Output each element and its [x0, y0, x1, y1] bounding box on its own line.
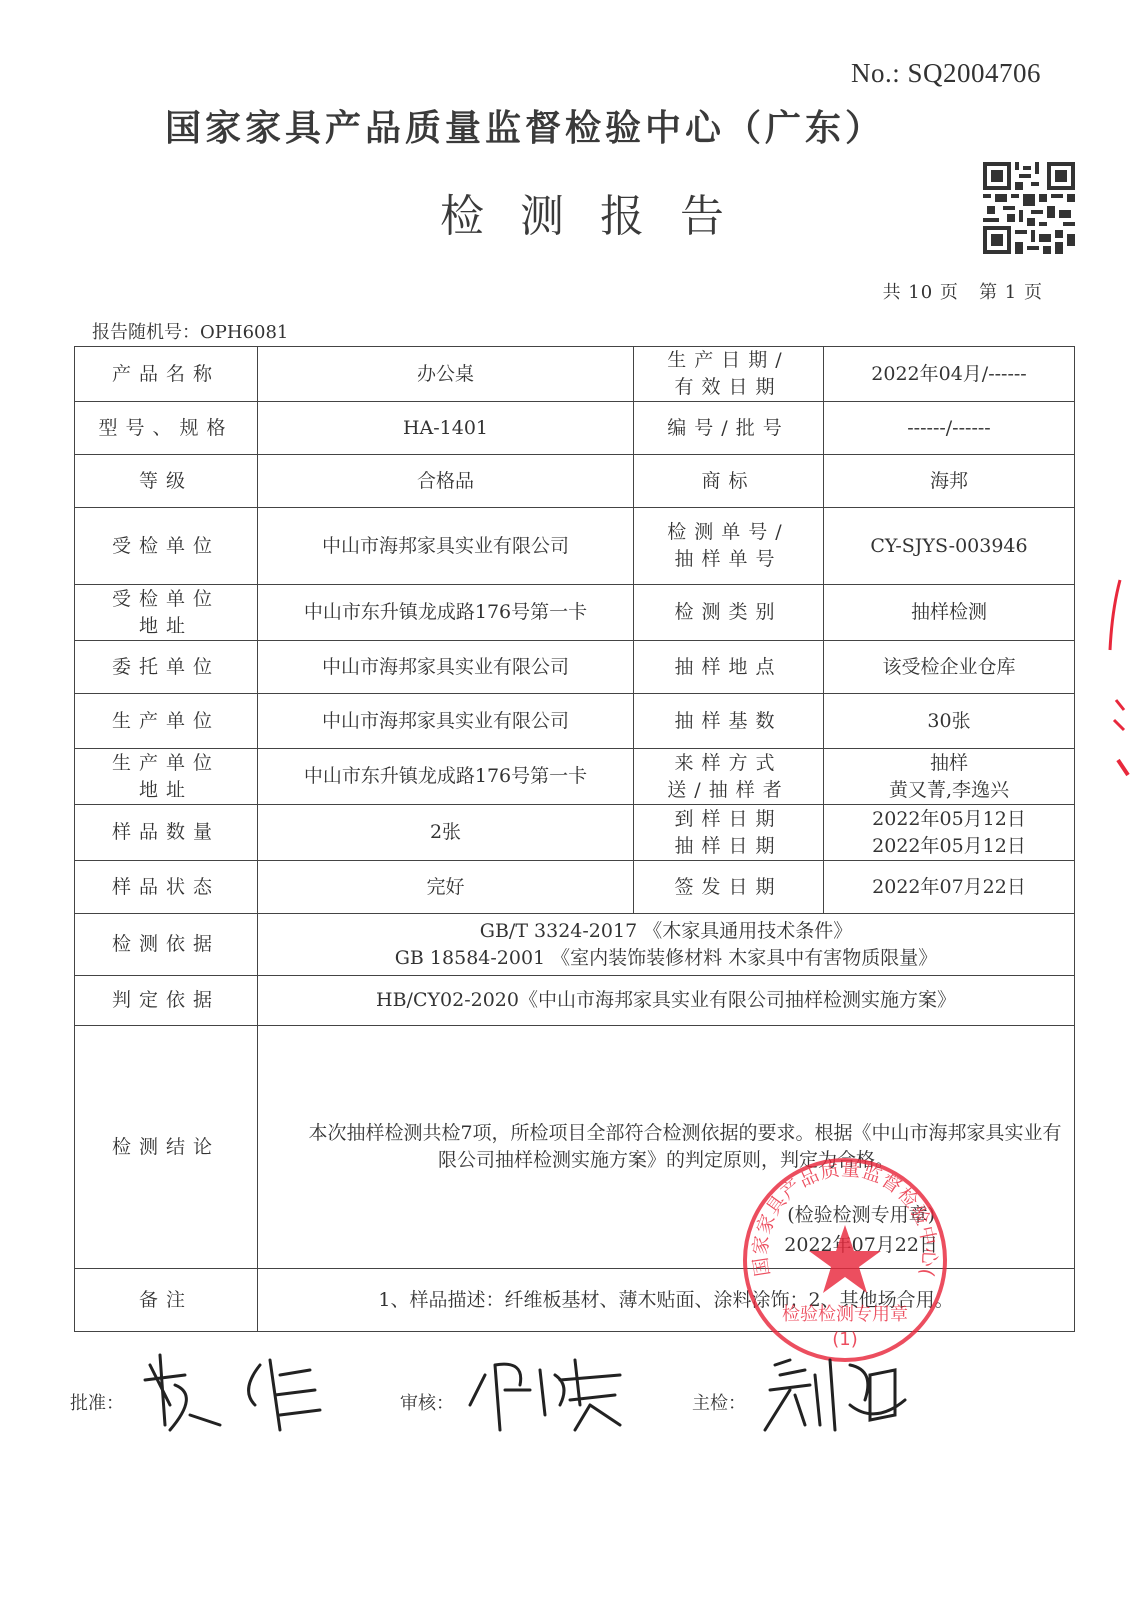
field-value: 2022年07月22日	[824, 861, 1075, 914]
field-label: 检测类别	[634, 585, 824, 641]
field-label: 产品名称	[75, 347, 258, 402]
inspector-label: 主检：	[692, 1389, 746, 1415]
field-value: 合格品	[258, 455, 634, 508]
basis-value: GB/T 3324-2017 《木家具通用技术条件》 GB 18584-2001…	[258, 914, 1075, 976]
field-label: 等级	[75, 455, 258, 508]
field-label: 生产单位	[75, 694, 258, 749]
basis-label: 检测依据	[75, 914, 258, 976]
field-label: 样品数量	[75, 805, 258, 861]
field-value: HA-1401	[258, 402, 634, 455]
field-value: 完好	[258, 861, 634, 914]
field-value: 办公桌	[258, 347, 634, 402]
approve-label: 批准：	[70, 1389, 124, 1415]
table-row: 生产单位 地址中山市东升镇龙成路176号第一卡来样方式 送/抽样者抽样 黄又菁,…	[75, 749, 1075, 805]
basis-row: 检测依据 GB/T 3324-2017 《木家具通用技术条件》 GB 18584…	[75, 914, 1075, 976]
field-value: 海邦	[824, 455, 1075, 508]
conclusion-label: 检测结论	[75, 1026, 258, 1269]
review-label: 审核：	[400, 1389, 454, 1415]
field-value: 中山市东升镇龙成路176号第一卡	[258, 749, 634, 805]
table-row: 受检单位中山市海邦家具实业有限公司检测单号/ 抽样单号CY-SJYS-00394…	[75, 508, 1075, 585]
stamp-note: (检验检测专用章) 2022年07月22日	[784, 1200, 938, 1260]
table-row: 样品数量2张到样日期 抽样日期2022年05月12日 2022年05月12日	[75, 805, 1075, 861]
field-label: 签发日期	[634, 861, 824, 914]
approver-signature-icon	[130, 1345, 360, 1435]
judgement-row: 判定依据 HB/CY02-2020《中山市海邦家具实业有限公司抽样检测实施方案》	[75, 976, 1075, 1026]
table-row: 型号、规格HA-1401编号/批号------/------	[75, 402, 1075, 455]
field-label: 型号、规格	[75, 402, 258, 455]
conclusion-value: 本次抽样检测共检7项，所检项目全部符合检测依据的要求。根据《中山市海邦家具实业有…	[258, 1026, 1075, 1269]
field-value: 2022年04月/------	[824, 347, 1075, 402]
field-label: 到样日期 抽样日期	[634, 805, 824, 861]
field-value: ------/------	[824, 402, 1075, 455]
reviewer-signature-icon	[460, 1345, 640, 1435]
table-row: 生产单位中山市海邦家具实业有限公司抽样基数30张	[75, 694, 1075, 749]
field-value: 中山市海邦家具实业有限公司	[258, 694, 634, 749]
field-label: 编号/批号	[634, 402, 824, 455]
field-value: 2张	[258, 805, 634, 861]
report-random-number: 报告随机号：OPH6081	[92, 318, 288, 344]
basis-line-1: GB/T 3324-2017 《木家具通用技术条件》	[264, 918, 1068, 945]
remarks-value: 1、样品描述：纤维板基材、薄木贴面、涂料涂饰；2、其他场合用。	[258, 1269, 1075, 1332]
field-value: 抽样 黄又菁,李逸兴	[824, 749, 1075, 805]
conclusion-row: 检测结论 本次抽样检测共检7项，所检项目全部符合检测依据的要求。根据《中山市海邦…	[75, 1026, 1075, 1269]
field-label: 商标	[634, 455, 824, 508]
report-number: No.: SQ2004706	[851, 58, 1041, 89]
stamp-label: (检验检测专用章)	[784, 1200, 938, 1230]
field-label: 受检单位 地址	[75, 585, 258, 641]
field-label: 受检单位	[75, 508, 258, 585]
signature-area: 批准： 审核： 主检：	[70, 1345, 1070, 1435]
field-value: 30张	[824, 694, 1075, 749]
judgement-label: 判定依据	[75, 976, 258, 1026]
remarks-label: 备注	[75, 1269, 258, 1332]
basis-line-2: GB 18584-2001 《室内装饰装修材料 木家具中有害物质限量》	[264, 945, 1068, 972]
field-value: 2022年05月12日 2022年05月12日	[824, 805, 1075, 861]
page-count: 共 10 页 第 1 页	[883, 278, 1043, 304]
field-value: 中山市东升镇龙成路176号第一卡	[258, 585, 634, 641]
field-value: CY-SJYS-003946	[824, 508, 1075, 585]
document-title: 检测报告	[440, 180, 760, 244]
table-row: 受检单位 地址中山市东升镇龙成路176号第一卡检测类别抽样检测	[75, 585, 1075, 641]
table-row: 产品名称办公桌生产日期/ 有效日期2022年04月/------	[75, 347, 1075, 402]
judgement-value: HB/CY02-2020《中山市海邦家具实业有限公司抽样检测实施方案》	[258, 976, 1075, 1026]
remarks-row: 备注 1、样品描述：纤维板基材、薄木贴面、涂料涂饰；2、其他场合用。	[75, 1269, 1075, 1332]
field-value: 该受检企业仓库	[824, 641, 1075, 694]
field-value: 抽样检测	[824, 585, 1075, 641]
field-label: 委托单位	[75, 641, 258, 694]
field-label: 样品状态	[75, 861, 258, 914]
edge-seal-fragment-icon	[1090, 560, 1131, 790]
stamp-date: 2022年07月22日	[784, 1230, 938, 1260]
field-label: 生产日期/ 有效日期	[634, 347, 824, 402]
inspector-signature-icon	[755, 1345, 925, 1435]
field-value: 中山市海邦家具实业有限公司	[258, 641, 634, 694]
conclusion-text: 本次抽样检测共检7项，所检项目全部符合检测依据的要求。根据《中山市海邦家具实业有…	[264, 1120, 1068, 1174]
field-label: 检测单号/ 抽样单号	[634, 508, 824, 585]
table-row: 样品状态完好签发日期2022年07月22日	[75, 861, 1075, 914]
field-value: 中山市海邦家具实业有限公司	[258, 508, 634, 585]
organization-title: 国家家具产品质量监督检验中心（广东）	[165, 100, 985, 151]
report-table: 产品名称办公桌生产日期/ 有效日期2022年04月/------型号、规格HA-…	[74, 346, 1075, 1332]
qr-code-icon	[983, 162, 1075, 254]
table-row: 等级合格品商标海邦	[75, 455, 1075, 508]
field-label: 抽样基数	[634, 694, 824, 749]
field-label: 抽样地点	[634, 641, 824, 694]
field-label: 来样方式 送/抽样者	[634, 749, 824, 805]
table-row: 委托单位中山市海邦家具实业有限公司抽样地点该受检企业仓库	[75, 641, 1075, 694]
field-label: 生产单位 地址	[75, 749, 258, 805]
